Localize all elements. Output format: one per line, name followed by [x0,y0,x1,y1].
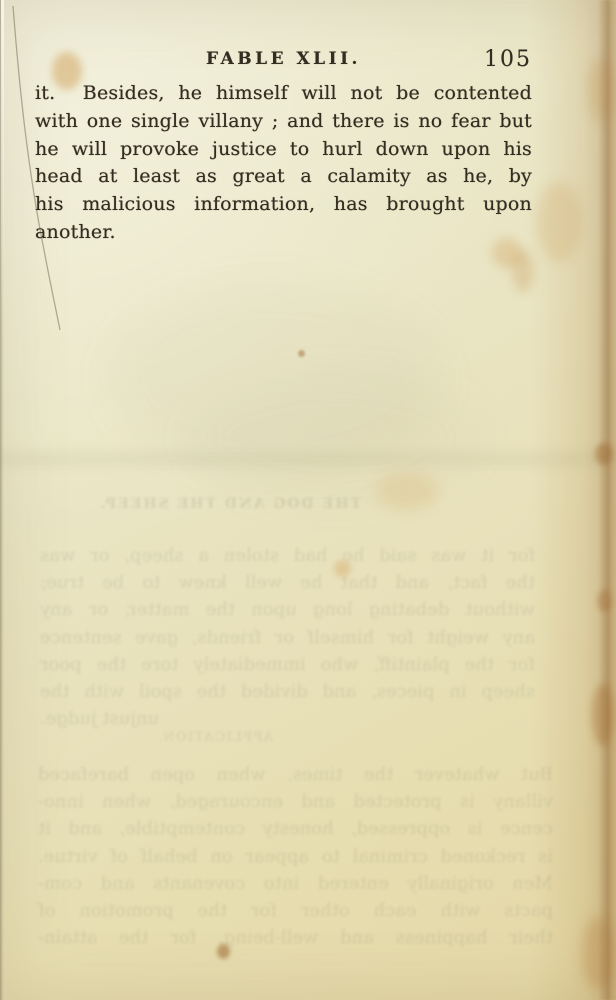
bleedthrough-line: the fact, and that he well knew to be tr… [40,569,535,596]
page-left-edge [0,0,4,1000]
foxing-stain [582,916,614,990]
bleedthrough-paragraph: for it was said he had stolen a sheep, o… [40,542,535,732]
foxing-stain [298,350,305,357]
bleedthrough-line: any weight for himself or friends, gave … [40,624,535,651]
foxing-stain [536,182,582,262]
body-text-line: with one single villany ; and there is n… [35,108,532,136]
foxing-stain [588,58,614,122]
paper-discoloration [190,375,480,500]
body-text-line: head at least as great a calamity as he,… [35,163,532,191]
bleedthrough-line: sheep in pieces, and divided the spoil w… [40,678,535,705]
foxing-stain [334,560,351,577]
bleedthrough-line: for the plaintiff, who immediately tore … [40,651,535,678]
running-header: FABLE XLII. 105 [35,44,532,74]
bleedthrough-line: for it was said he had stolen a sheep, o… [40,542,535,569]
running-header-title: FABLE XLII. [35,44,532,74]
page-right-edge [598,0,616,1000]
foxing-stain [512,250,534,292]
bleedthrough-line: unjust judge. [40,705,535,732]
bleedthrough-paragraph: But whatever the times, when open barefa… [38,761,553,951]
paper-discoloration [110,285,440,470]
body-text-line: it. Besides, he himself will not be cont… [35,80,532,108]
foxing-stain [217,944,230,959]
bleedthrough-line: cence is oppressed, honesty contemptible… [38,815,553,842]
bleedthrough-line: is reckoned criminal to appear on behalf… [38,843,553,870]
foxing-stain [592,684,614,746]
bleedthrough-line: villany is protected and encouraged, whe… [38,788,553,815]
bleedthrough-line: their happiness and well-being, for the … [38,924,553,951]
bleedthrough-line: But whatever the times, when open barefa… [38,761,553,788]
body-text-line: he will provoke justice to hurl down upo… [35,136,532,164]
body-text-line: his malicious information, has brought u… [35,191,532,219]
bleedthrough-line: Men originally entered into covenants an… [38,870,553,897]
body-text-line: another. [35,219,532,247]
book-page-scan: THE DOG AND THE SHEEP. for it was said h… [0,0,616,1000]
bleedthrough-line: pacts with each other for the promotion … [38,897,553,924]
page-left-edge-highlight [1,0,4,340]
paper-shade-band [0,452,616,466]
foxing-stain [597,590,612,612]
bleedthrough-heading: APPLICATION. [80,730,350,745]
bleedthrough-line: without debating long upon the matter, o… [40,596,535,623]
foxing-stain [595,443,613,465]
bleedthrough-heading: THE DOG AND THE SHEEP. [80,496,380,512]
page-number: 105 [484,45,532,75]
body-paragraph: it. Besides, he himself will not be cont… [35,80,532,247]
foxing-stain [376,472,438,510]
